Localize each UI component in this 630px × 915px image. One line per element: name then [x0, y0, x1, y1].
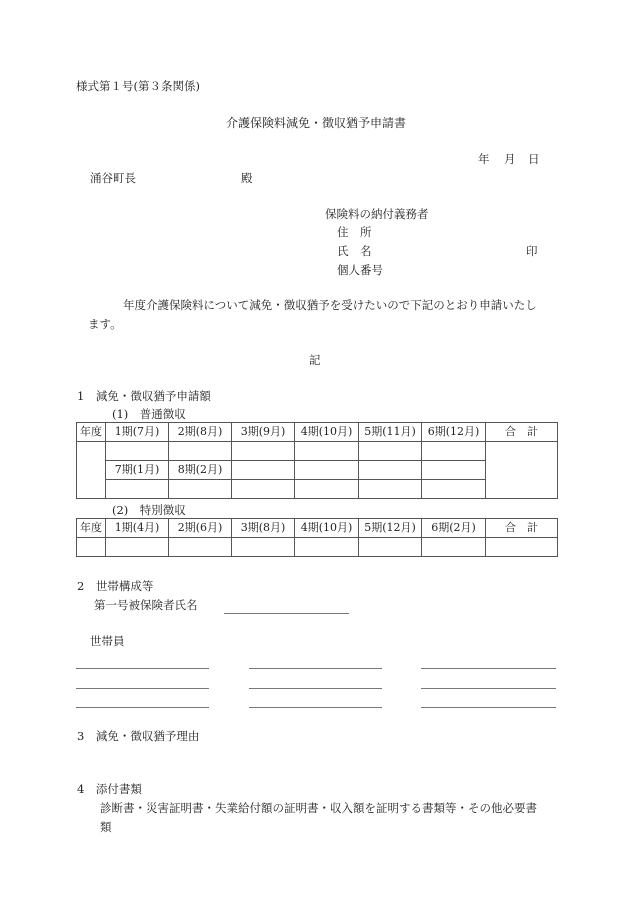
primary-insured-name-field[interactable] [224, 613, 349, 614]
period-header: 3期(9月) [232, 423, 295, 442]
year-cell[interactable] [77, 442, 106, 499]
mynumber-label: 個人番号 [337, 262, 383, 278]
name-label: 氏 名 [337, 243, 372, 259]
amount-cell[interactable] [169, 480, 232, 499]
applicant-heading: 保険料の納付義務者 [325, 206, 429, 222]
empty-cell [295, 480, 359, 499]
body-text-line2: ます。 [88, 316, 122, 332]
section2-heading: 2 世帯構成等 [77, 578, 153, 594]
amount-cell[interactable] [169, 538, 232, 557]
period-header: 5期(11月) [359, 423, 422, 442]
empty-cell [422, 480, 486, 499]
seal-mark: 印 [526, 243, 538, 259]
empty-cell [422, 461, 486, 480]
amount-cell[interactable] [169, 442, 232, 461]
period-header: 3期(8月) [232, 519, 295, 538]
total-header: 合 計 [486, 423, 558, 442]
empty-cell [359, 461, 422, 480]
normal-collection-label: (1) 普通徴収 [112, 406, 186, 422]
amount-cell[interactable] [359, 538, 422, 557]
normal-collection-table: 年度 1期(7月) 2期(8月) 3期(9月) 4期(10月) 5期(11月) … [76, 422, 558, 499]
year-header: 年度 [77, 423, 106, 442]
date-month: 月 [504, 151, 516, 167]
household-member-field[interactable] [421, 707, 556, 708]
household-member-field[interactable] [76, 688, 209, 689]
special-collection-label: (2) 特別徴収 [112, 502, 186, 518]
amount-cell[interactable] [295, 538, 359, 557]
amount-cell[interactable] [232, 538, 295, 557]
household-member-field[interactable] [421, 668, 556, 669]
document-title: 介護保険料減免・徴収猶予申請書 [226, 114, 406, 131]
total-cell[interactable] [486, 442, 558, 499]
year-header: 年度 [77, 519, 106, 538]
amount-cell[interactable] [422, 538, 486, 557]
date-year: 年 [478, 151, 490, 167]
period-header: 5期(12月) [359, 519, 422, 538]
household-member-field[interactable] [76, 668, 209, 669]
section4-heading: 4 添付書類 [77, 781, 142, 797]
amount-cell[interactable] [106, 538, 169, 557]
period-header: 4期(10月) [295, 423, 359, 442]
household-member-field[interactable] [421, 688, 556, 689]
total-header: 合 計 [486, 519, 558, 538]
period-header: 7期(1月) [106, 461, 169, 480]
year-cell[interactable] [77, 538, 106, 557]
form-number-label: 様式第１号(第３条関係) [76, 78, 200, 94]
special-collection-table: 年度 1期(4月) 2期(6月) 3期(8月) 4期(10月) 5期(12月) … [76, 518, 558, 557]
household-member-field[interactable] [76, 707, 209, 708]
primary-insured-label: 第一号被保険者氏名 [94, 597, 198, 613]
amount-cell[interactable] [359, 442, 422, 461]
household-label: 世帯員 [90, 633, 125, 649]
amount-cell[interactable] [295, 442, 359, 461]
section3-heading: 3 減免・徴収猶予理由 [77, 728, 199, 744]
section1-heading: 1 減免・徴収猶予申請額 [77, 388, 211, 404]
period-header: 6期(2月) [422, 519, 486, 538]
period-header: 1期(4月) [106, 519, 169, 538]
addressee-honorific: 殿 [241, 170, 253, 186]
household-member-field[interactable] [249, 688, 382, 689]
addressee-name: 涌谷町長 [90, 170, 136, 186]
empty-cell [232, 461, 295, 480]
attachments-text-line1: 診断書・災害証明書・失業給付額の証明書・収入額を証明する書類等・その他必要書 [100, 800, 537, 816]
date-day: 日 [528, 151, 540, 167]
total-cell[interactable] [486, 538, 558, 557]
attachments-text-line2: 類 [100, 819, 112, 835]
empty-cell [359, 480, 422, 499]
amount-cell[interactable] [232, 442, 295, 461]
amount-cell[interactable] [106, 442, 169, 461]
amount-cell[interactable] [106, 480, 169, 499]
household-member-field[interactable] [249, 707, 382, 708]
address-label: 住 所 [337, 224, 372, 240]
amount-cell[interactable] [422, 442, 486, 461]
period-header: 8期(2月) [169, 461, 232, 480]
empty-cell [295, 461, 359, 480]
household-member-field[interactable] [249, 668, 382, 669]
period-header: 1期(7月) [106, 423, 169, 442]
period-header: 4期(10月) [295, 519, 359, 538]
period-header: 2期(6月) [169, 519, 232, 538]
period-header: 6期(12月) [422, 423, 486, 442]
empty-cell [232, 480, 295, 499]
ki-heading: 記 [309, 352, 321, 368]
period-header: 2期(8月) [169, 423, 232, 442]
body-text-line1: 年度介護保険料について減免・徴収猶予を受けたいので下記のとおり申請いたし [123, 297, 537, 313]
